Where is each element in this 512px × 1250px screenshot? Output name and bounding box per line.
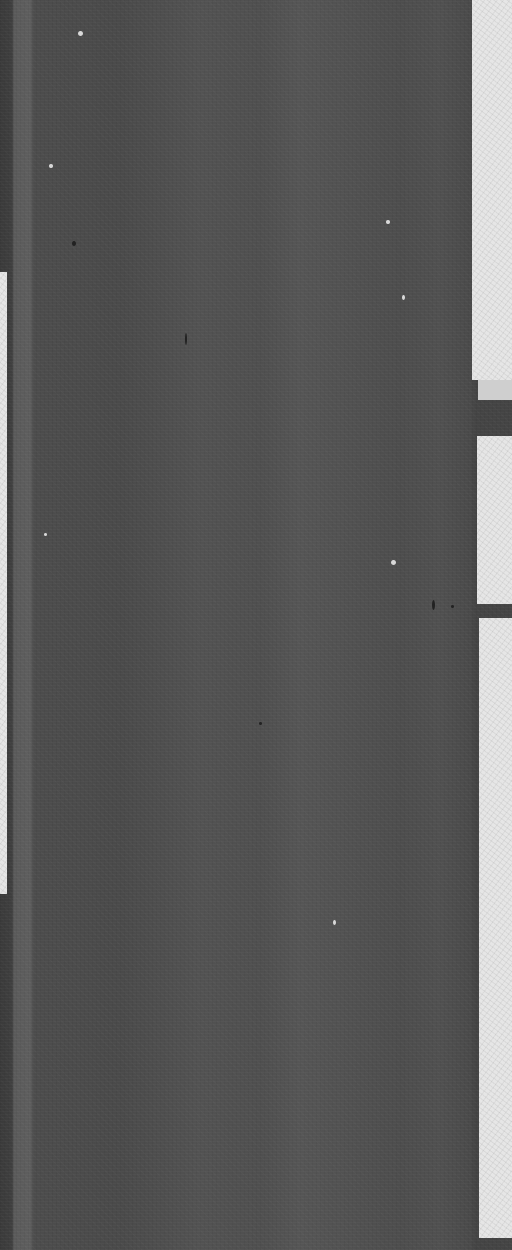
debris-speck <box>432 600 435 610</box>
debris-speck <box>259 722 262 725</box>
debris-speck <box>402 295 405 300</box>
debris-speck <box>333 920 336 925</box>
asphalt-texture <box>0 0 512 1250</box>
right-lane-marking-top <box>472 0 512 380</box>
debris-speck <box>451 605 454 608</box>
right-lane-marking-fragment <box>478 380 512 400</box>
debris-speck <box>391 560 396 565</box>
debris-speck <box>78 31 83 36</box>
debris-speck <box>49 164 53 168</box>
debris-speck <box>72 241 76 246</box>
right-lane-marking-middle <box>477 436 512 604</box>
debris-speck <box>44 533 47 536</box>
road-surface <box>0 0 512 1250</box>
right-lane-marking-bottom <box>479 618 512 1238</box>
debris-speck <box>386 220 390 224</box>
left-lane-marking <box>0 272 7 894</box>
debris-speck <box>185 333 187 345</box>
